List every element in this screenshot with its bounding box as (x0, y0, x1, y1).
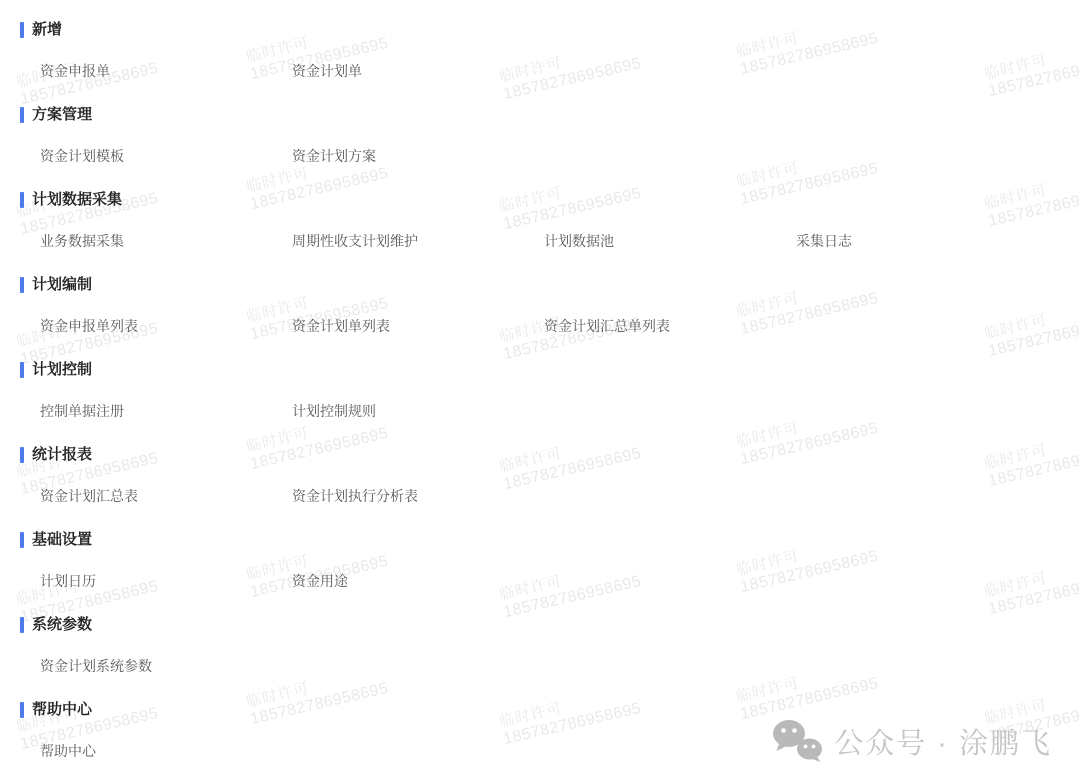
menu-section: 方案管理资金计划模板资金计划方案 (20, 107, 1080, 164)
section-items: 计划日历资金用途 (20, 573, 1080, 589)
section-items: 帮助中心 (20, 743, 1080, 759)
section-title: 方案管理 (20, 107, 1080, 123)
section-title-text: 帮助中心 (32, 702, 92, 718)
section-title-text: 方案管理 (32, 107, 92, 123)
section-items: 资金申报单列表资金计划单列表资金计划汇总单列表 (20, 318, 1080, 334)
section-title-bar (20, 362, 24, 378)
section-title-text: 新增 (32, 22, 62, 38)
section-items: 资金计划模板资金计划方案 (20, 148, 1080, 164)
menu-item[interactable]: 计划日历 (40, 573, 292, 589)
section-title-text: 系统参数 (32, 617, 92, 633)
section-title: 计划数据采集 (20, 192, 1080, 208)
menu-item[interactable]: 资金用途 (292, 573, 544, 589)
menu-section: 计划数据采集业务数据采集周期性收支计划维护计划数据池采集日志 (20, 192, 1080, 249)
menu-item[interactable]: 资金计划模板 (40, 148, 292, 164)
menu-item[interactable]: 资金申报单列表 (40, 318, 292, 334)
section-title-bar (20, 532, 24, 548)
menu-section: 计划编制资金申报单列表资金计划单列表资金计划汇总单列表 (20, 277, 1080, 334)
section-title-text: 计划控制 (32, 362, 92, 378)
menu-section: 计划控制控制单据注册计划控制规则 (20, 362, 1080, 419)
menu-item[interactable]: 资金计划系统参数 (40, 658, 292, 674)
menu-item[interactable]: 计划数据池 (544, 233, 796, 249)
section-title-bar (20, 702, 24, 718)
section-title-bar (20, 617, 24, 633)
menu-section: 帮助中心帮助中心 (20, 702, 1080, 759)
menu-item[interactable]: 资金申报单 (40, 63, 292, 79)
section-title-text: 统计报表 (32, 447, 92, 463)
menu-section: 基础设置计划日历资金用途 (20, 532, 1080, 589)
section-title-bar (20, 277, 24, 293)
section-title-text: 计划数据采集 (32, 192, 122, 208)
menu-item[interactable]: 计划控制规则 (292, 403, 544, 419)
menu-item[interactable]: 采集日志 (796, 233, 1048, 249)
menu-item[interactable]: 资金计划汇总单列表 (544, 318, 796, 334)
section-title: 新增 (20, 22, 1080, 38)
menu-item[interactable]: 资金计划方案 (292, 148, 544, 164)
section-title: 计划编制 (20, 277, 1080, 293)
menu-item[interactable]: 资金计划单 (292, 63, 544, 79)
menu-item[interactable]: 控制单据注册 (40, 403, 292, 419)
menu-section: 统计报表资金计划汇总表资金计划执行分析表 (20, 447, 1080, 504)
menu-item[interactable]: 周期性收支计划维护 (292, 233, 544, 249)
menu-item[interactable]: 帮助中心 (40, 743, 292, 759)
section-title-bar (20, 22, 24, 38)
section-items: 控制单据注册计划控制规则 (20, 403, 1080, 419)
section-items: 资金申报单资金计划单 (20, 63, 1080, 79)
menu-section: 系统参数资金计划系统参数 (20, 617, 1080, 674)
section-items: 资金计划汇总表资金计划执行分析表 (20, 488, 1080, 504)
section-title-text: 计划编制 (32, 277, 92, 293)
section-title-bar (20, 107, 24, 123)
section-title: 统计报表 (20, 447, 1080, 463)
section-title-text: 基础设置 (32, 532, 92, 548)
menu-sections: 新增资金申报单资金计划单方案管理资金计划模板资金计划方案计划数据采集业务数据采集… (0, 0, 1080, 759)
section-title: 系统参数 (20, 617, 1080, 633)
section-items: 资金计划系统参数 (20, 658, 1080, 674)
menu-section: 新增资金申报单资金计划单 (20, 22, 1080, 79)
menu-item[interactable]: 资金计划单列表 (292, 318, 544, 334)
section-title-bar (20, 192, 24, 208)
section-items: 业务数据采集周期性收支计划维护计划数据池采集日志 (20, 233, 1080, 249)
menu-item[interactable]: 资金计划执行分析表 (292, 488, 544, 504)
section-title-bar (20, 447, 24, 463)
section-title: 帮助中心 (20, 702, 1080, 718)
menu-item[interactable]: 业务数据采集 (40, 233, 292, 249)
menu-item[interactable]: 资金计划汇总表 (40, 488, 292, 504)
section-title: 基础设置 (20, 532, 1080, 548)
section-title: 计划控制 (20, 362, 1080, 378)
